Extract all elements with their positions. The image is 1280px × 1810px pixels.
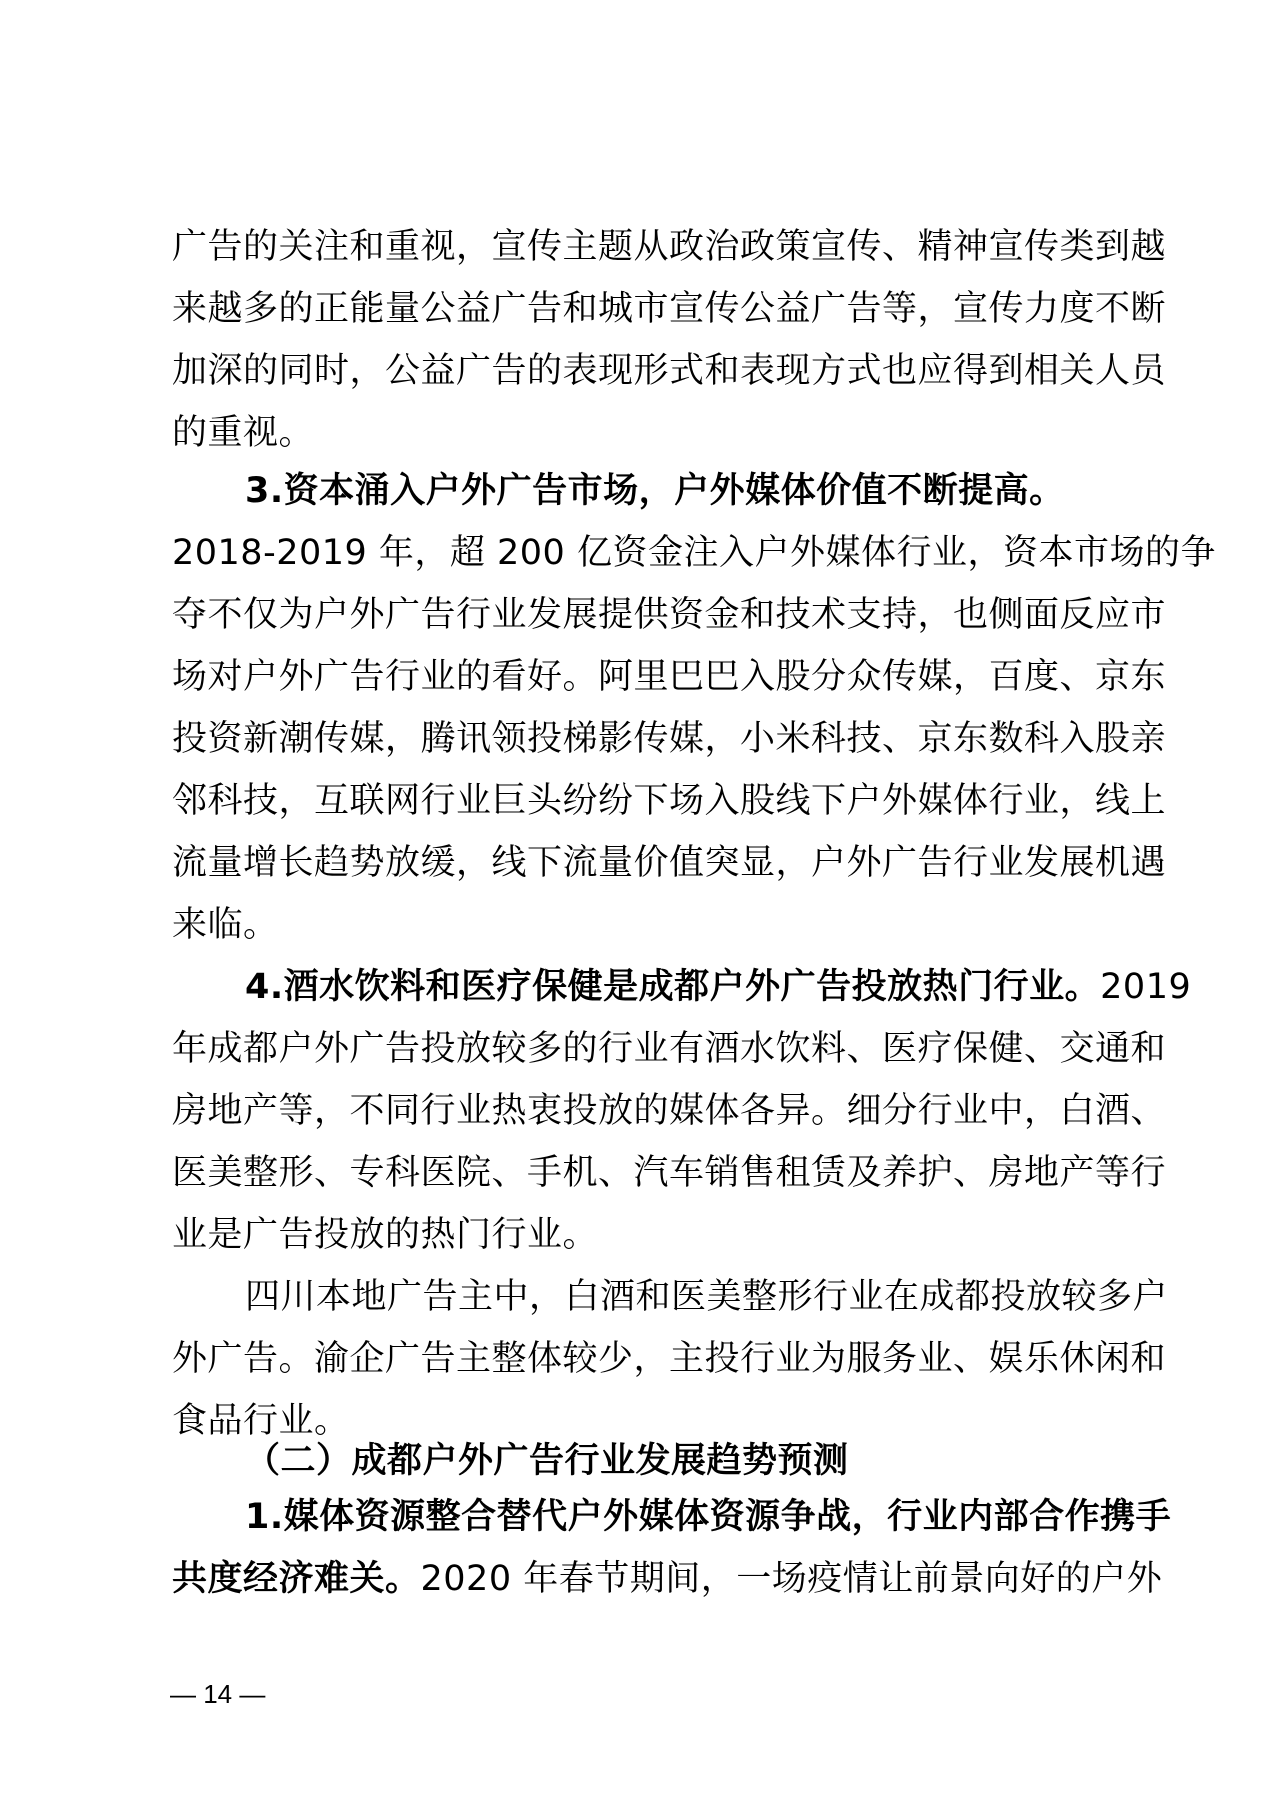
- paragraph-line: 年成都户外广告投放较多的行业有酒水饮料、医疗保健、交通和: [172, 1029, 1126, 1069]
- line-text: 邻科技，互联网行业巨头纷纷下场入股线下户外媒体行业，线上: [172, 781, 1166, 821]
- paragraph-line: 流量增长趋势放缓，线下流量价值突显，户外广告行业发展机遇: [172, 843, 1126, 883]
- paragraph-line: 夺不仅为户外广告行业发展提供资金和技术支持，也侧面反应市: [172, 595, 1126, 635]
- paragraph-line: 的重视。: [172, 413, 1126, 453]
- paragraph-line: 广告的关注和重视，宣传主题从政治政策宣传、精神宣传类到越: [172, 227, 1126, 267]
- document-page: 广告的关注和重视，宣传主题从政治政策宣传、精神宣传类到越 来越多的正能量公益广告…: [0, 0, 1280, 1810]
- line-text: 流量增长趋势放缓，线下流量价值突显，户外广告行业发展机遇: [172, 843, 1166, 883]
- paragraph-line: 医美整形、专科医院、手机、汽车销售租赁及养护、房地产等行: [172, 1153, 1126, 1193]
- heading-text: 4.酒水饮料和医疗保健是成都户外广告投放热门行业。: [245, 967, 1100, 1007]
- line-text: 年成都户外广告投放较多的行业有酒水饮料、医疗保健、交通和: [172, 1029, 1166, 1069]
- line-text: 业是广告投放的热门行业。: [172, 1215, 598, 1255]
- heading-text: 1.媒体资源整合替代户外媒体资源争战，行业内部合作携手: [245, 1497, 1171, 1537]
- line-text: 的重视。: [172, 413, 314, 453]
- paragraph-line: 加深的同时，公益广告的表现形式和表现方式也应得到相关人员: [172, 351, 1126, 391]
- line-text: 2020 年春节期间，一场疫情让前景向好的户外: [421, 1559, 1163, 1599]
- paragraph-line: 邻科技，互联网行业巨头纷纷下场入股线下户外媒体行业，线上: [172, 781, 1126, 821]
- line-text: 2019: [1100, 967, 1191, 1007]
- heading-text: 3.资本涌入户外广告市场，户外媒体价值不断提高。: [245, 471, 1065, 511]
- paragraph-line: 来临。: [172, 905, 1126, 945]
- line-text: 场对户外广告行业的看好。阿里巴巴入股分众传媒，百度、京东: [172, 657, 1166, 697]
- line-text: 四川本地广告主中，白酒和医美整形行业在成都投放较多户: [245, 1277, 1168, 1317]
- paragraph-line: 食品行业。: [172, 1401, 1126, 1441]
- paragraph-line: 来越多的正能量公益广告和城市宣传公益广告等，宣传力度不断: [172, 289, 1126, 329]
- heading-text: 共度经济难关。: [172, 1559, 421, 1599]
- line-text: 来越多的正能量公益广告和城市宣传公益广告等，宣传力度不断: [172, 289, 1166, 329]
- line-text: 投资新潮传媒，腾讯领投梯影传媒，小米科技、京东数科入股亲: [172, 719, 1166, 759]
- line-text: 夺不仅为户外广告行业发展提供资金和技术支持，也侧面反应市: [172, 595, 1166, 635]
- line-text: 外广告。渝企广告主整体较少，主投行业为服务业、娱乐休闲和: [172, 1339, 1166, 1379]
- line-text: 加深的同时，公益广告的表现形式和表现方式也应得到相关人员: [172, 351, 1166, 391]
- line-text: 2018-2019 年，超 200 亿资金注入户外媒体行业，资本市场的争: [172, 533, 1216, 573]
- paragraph-line: 场对户外广告行业的看好。阿里巴巴入股分众传媒，百度、京东: [172, 657, 1126, 697]
- paragraph-line: 房地产等，不同行业热衷投放的媒体各异。细分行业中，白酒、: [172, 1091, 1126, 1131]
- line-text: 房地产等，不同行业热衷投放的媒体各异。细分行业中，白酒、: [172, 1091, 1166, 1131]
- line-text: 来临。: [172, 905, 279, 945]
- paragraph-line: 四川本地广告主中，白酒和医美整形行业在成都投放较多户: [245, 1277, 1126, 1317]
- line-text: 医美整形、专科医院、手机、汽车销售租赁及养护、房地产等行: [172, 1153, 1166, 1193]
- section-heading-3: 3.资本涌入户外广告市场，户外媒体价值不断提高。: [245, 471, 1126, 511]
- heading-text: （二）成都户外广告行业发展趋势预测: [245, 1441, 849, 1481]
- page-number: — 14 —: [170, 1680, 265, 1708]
- paragraph-line: 共度经济难关。2020 年春节期间，一场疫情让前景向好的户外: [172, 1559, 1126, 1599]
- section-heading-1: 1.媒体资源整合替代户外媒体资源争战，行业内部合作携手: [245, 1497, 1126, 1537]
- subsection-heading: （二）成都户外广告行业发展趋势预测: [245, 1441, 1126, 1481]
- paragraph-line: 业是广告投放的热门行业。: [172, 1215, 1126, 1255]
- paragraph-line: 2018-2019 年，超 200 亿资金注入户外媒体行业，资本市场的争: [172, 533, 1126, 573]
- line-text: 广告的关注和重视，宣传主题从政治政策宣传、精神宣传类到越: [172, 227, 1166, 267]
- paragraph-line: 外广告。渝企广告主整体较少，主投行业为服务业、娱乐休闲和: [172, 1339, 1126, 1379]
- paragraph-line: 投资新潮传媒，腾讯领投梯影传媒，小米科技、京东数科入股亲: [172, 719, 1126, 759]
- line-text: 食品行业。: [172, 1401, 350, 1441]
- section-heading-4: 4.酒水饮料和医疗保健是成都户外广告投放热门行业。2019: [245, 967, 1126, 1007]
